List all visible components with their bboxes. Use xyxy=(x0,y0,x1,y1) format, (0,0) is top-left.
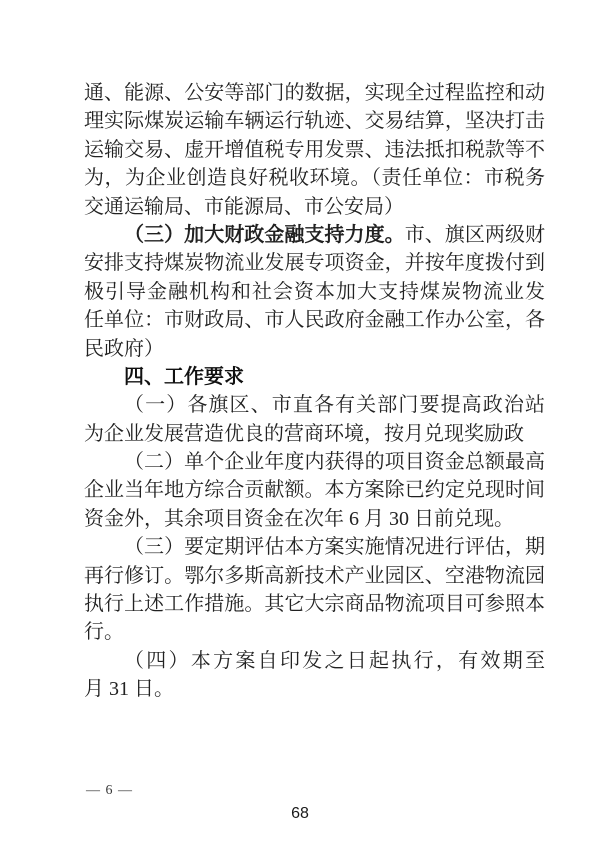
text-line: 任单位：市财政局、市人民政府金融工作办公室，各旗区人 xyxy=(84,306,545,334)
text-line: （三）加大财政金融支持力度。市、旗区两级财政每年 xyxy=(84,221,545,249)
text-line: 安排支持煤炭物流业发展专项资金，并按年度拨付到位。积 xyxy=(84,249,545,277)
subheading-bold-text: （三）加大财政金融支持力度。 xyxy=(124,224,405,246)
text-line: （三）要定期评估本方案实施情况进行评估，期满后可 xyxy=(84,533,545,561)
text-line: 执行上述工作措施。其它大宗商品物流项目可参照本方案执 xyxy=(84,590,545,618)
text-line: （二）单个企业年度内获得的项目资金总额最高不超过 xyxy=(84,448,545,476)
text-line: （四）本方案自印发之日起执行，有效期至 2023 年 12 xyxy=(84,647,545,675)
section-heading: 四、工作要求 xyxy=(84,363,545,391)
doc-page-number: — 6 — xyxy=(86,783,133,799)
text-line: 企业当年地方综合贡献额。本方案除已约定兑现时间的项目 xyxy=(84,476,545,504)
text-line: 通、能源、公安等部门的数据，实现全过程监控和动态管 xyxy=(84,79,545,107)
document-text-block: 通、能源、公安等部门的数据，实现全过程监控和动态管 理实际煤炭运输车辆运行轨迹、… xyxy=(84,79,545,704)
text-line: （一）各旗区、市直各有关部门要提高政治站位，全面 xyxy=(84,391,545,419)
text-line: 交通运输局、市能源局、市公安局） xyxy=(84,193,545,221)
text-line: 运输交易、虚开增值税专用发票、违法抵扣税款等不法行 xyxy=(84,136,545,164)
text-line: 理实际煤炭运输车辆运行轨迹、交易结算，坚决打击虚构 xyxy=(84,107,545,135)
pdf-page-number: 68 xyxy=(0,805,600,823)
text-line: 为，为企业创造良好税收环境。（责任单位：市税务局、市 xyxy=(84,164,545,192)
text-line: 再行修订。鄂尔多斯高新技术产业园区、空港物流园区参照 xyxy=(84,562,545,590)
text-line: 资金外，其余项目资金在次年 6 月 30 日前兑现。 xyxy=(84,505,545,533)
text-line: 为企业发展营造优良的营商环境，按月兑现奖励政策。 xyxy=(84,420,545,448)
text-line: 月 31 日。 xyxy=(84,675,545,703)
text-line: 行。 xyxy=(84,618,545,646)
text-line: 民政府） xyxy=(84,335,545,363)
text-line: 极引导金融机构和社会资本加大支持煤炭物流业发展。（责 xyxy=(84,278,545,306)
